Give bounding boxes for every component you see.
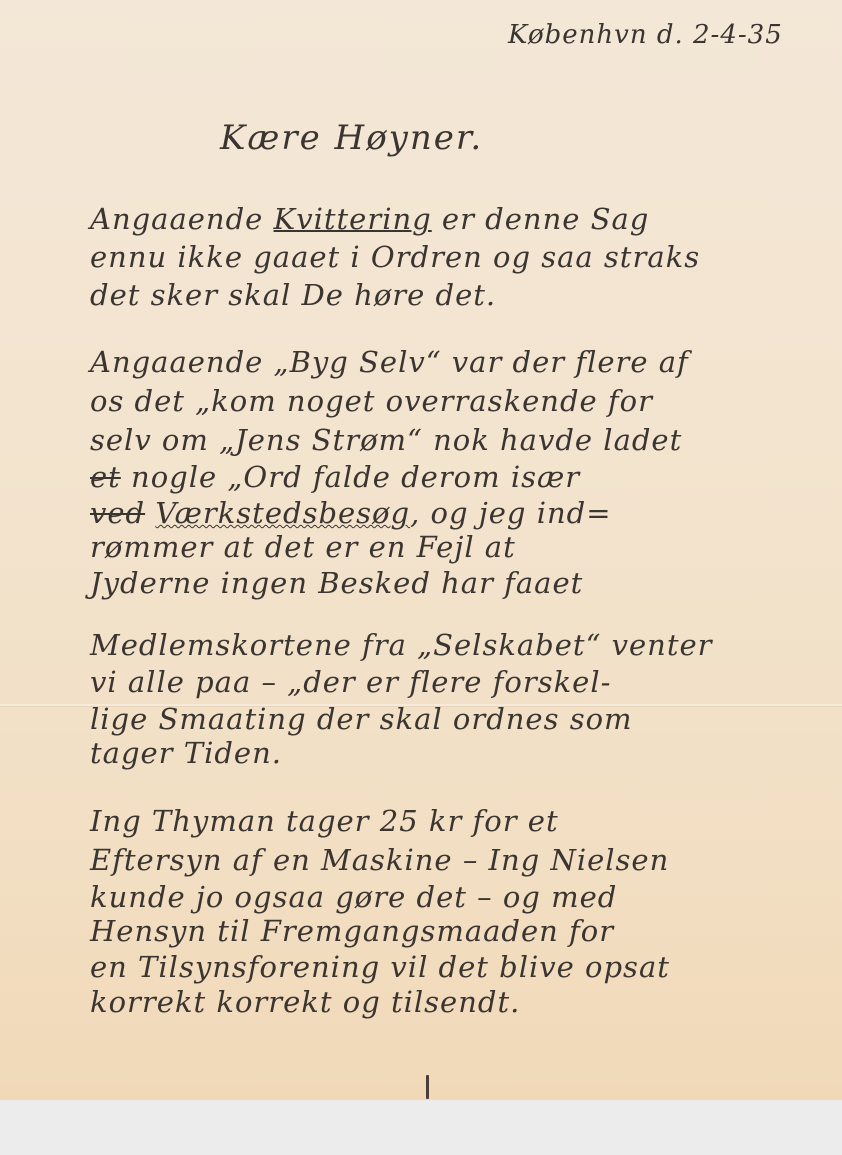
page-mark: [426, 1075, 429, 1099]
salutation: Kære Høyner.: [220, 118, 483, 158]
letter-line: os det „kom noget overraskende for: [90, 384, 653, 418]
letter-line: det sker skal De høre det.: [90, 278, 496, 312]
line-text: , og jeg ind=: [410, 496, 611, 530]
letter-page: Københvn d. 2-4-35 Kære Høyner. Angaaend…: [0, 0, 842, 1100]
letter-line: Eftersyn af en Maskine – Ing Nielsen: [90, 843, 669, 877]
wavy-underlined-word: Værkstedsbesøg: [155, 496, 410, 530]
letter-line: Ing Thyman tager 25 kr for et: [90, 804, 559, 838]
letter-line: Medlemskortene fra „Selskabet“ venter: [90, 628, 713, 662]
place-and-date: Københvn d. 2-4-35: [508, 20, 783, 50]
letter-line: Angaaende Kvittering er denne Sag: [90, 202, 649, 236]
letter-line: et nogle „Ord falde derom især: [90, 460, 580, 494]
letter-line: lige Smaating der skal ordnes som: [90, 702, 633, 736]
letter-line: selv om „Jens Strøm“ nok havde ladet: [90, 423, 682, 457]
letter-line: Jyderne ingen Besked har faaet: [90, 566, 583, 600]
letter-line: korrekt korrekt og tilsendt.: [90, 985, 520, 1019]
letter-line: Angaaende „Byg Selv“ var der flere af: [90, 345, 689, 379]
letter-line: kunde jo ogsaa gøre det – og med: [90, 880, 617, 914]
line-text: Angaaende: [90, 202, 274, 236]
underlined-word: Kvittering: [274, 202, 432, 236]
letter-line: vi alle paa – „der er flere forskel-: [90, 665, 611, 699]
letter-line: ennu ikke gaaet i Ordren og saa straks: [90, 240, 700, 274]
letter-line: Hensyn til Fremgangsmaaden for: [90, 914, 614, 948]
scan-background: [0, 1100, 842, 1155]
line-text: nogle „Ord falde derom især: [121, 460, 580, 494]
letter-line: ved Værkstedsbesøg, og jeg ind=: [90, 496, 612, 530]
letter-line: rømmer at det er en Fejl at: [90, 530, 516, 564]
line-text: [145, 496, 155, 530]
letter-line: tager Tiden.: [90, 736, 282, 770]
struck-word: ved: [90, 496, 145, 530]
line-text: er denne Sag: [432, 202, 650, 236]
letter-line: en Tilsynsforening vil det blive opsat: [90, 950, 670, 984]
struck-word: et: [90, 460, 121, 494]
